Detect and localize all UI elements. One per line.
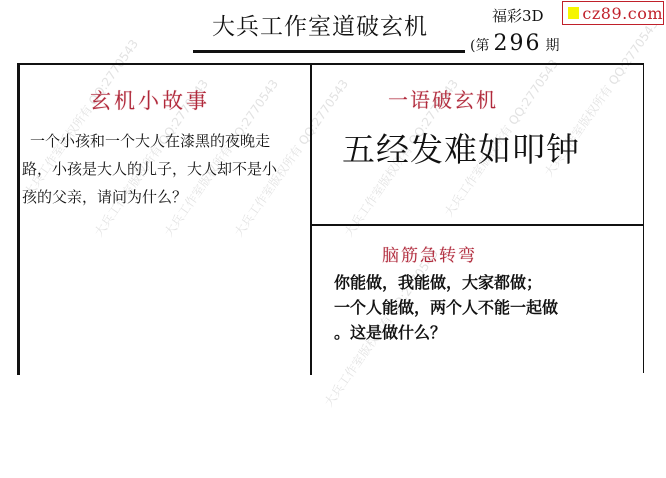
issue-label: (第296期 bbox=[470, 30, 559, 60]
phrase-heading: 一语破玄机 bbox=[388, 84, 498, 113]
story-line: 孩的父亲，请问为什么？ bbox=[22, 183, 304, 211]
riddle-text: 你能做，我能做，大家都做； 一个人能做，两个人不能一起做 。这是做什么？ bbox=[334, 270, 644, 345]
right-panel-divider bbox=[310, 224, 644, 226]
frame-left-border bbox=[17, 63, 20, 375]
issue-suffix: 期 bbox=[545, 38, 559, 54]
story-line: 路，小孩是大人的儿子，大人却不是小 bbox=[22, 155, 304, 183]
yellow-square-icon bbox=[568, 7, 579, 19]
frame-top-border bbox=[17, 63, 644, 65]
issue-prefix: (第 bbox=[470, 38, 489, 54]
riddle-line: 你能做，我能做，大家都做； bbox=[334, 270, 644, 295]
phrase-text: 五经发难如叩钟 bbox=[342, 128, 580, 172]
site-badge[interactable]: cz89.com bbox=[562, 1, 664, 25]
riddle-line: 。这是做什么？ bbox=[334, 320, 644, 345]
story-line: 一个小孩和一个大人在漆黑的夜晚走 bbox=[22, 127, 304, 155]
frame-center-divider bbox=[310, 63, 312, 375]
riddle-heading: 脑筋急转弯 bbox=[382, 241, 477, 266]
page-title: 大兵工作室道破玄机 bbox=[212, 12, 428, 42]
title-underline bbox=[193, 50, 465, 53]
riddle-line: 一个人能做，两个人不能一起做 bbox=[334, 295, 644, 320]
story-heading: 玄机小故事 bbox=[90, 85, 210, 115]
issue-number: 296 bbox=[493, 31, 541, 56]
site-badge-text: cz89.com bbox=[582, 4, 663, 23]
lottery-label: 福彩3D bbox=[492, 7, 544, 25]
story-text: 一个小孩和一个大人在漆黑的夜晚走 路，小孩是大人的儿子，大人却不是小 孩的父亲，… bbox=[22, 127, 304, 211]
